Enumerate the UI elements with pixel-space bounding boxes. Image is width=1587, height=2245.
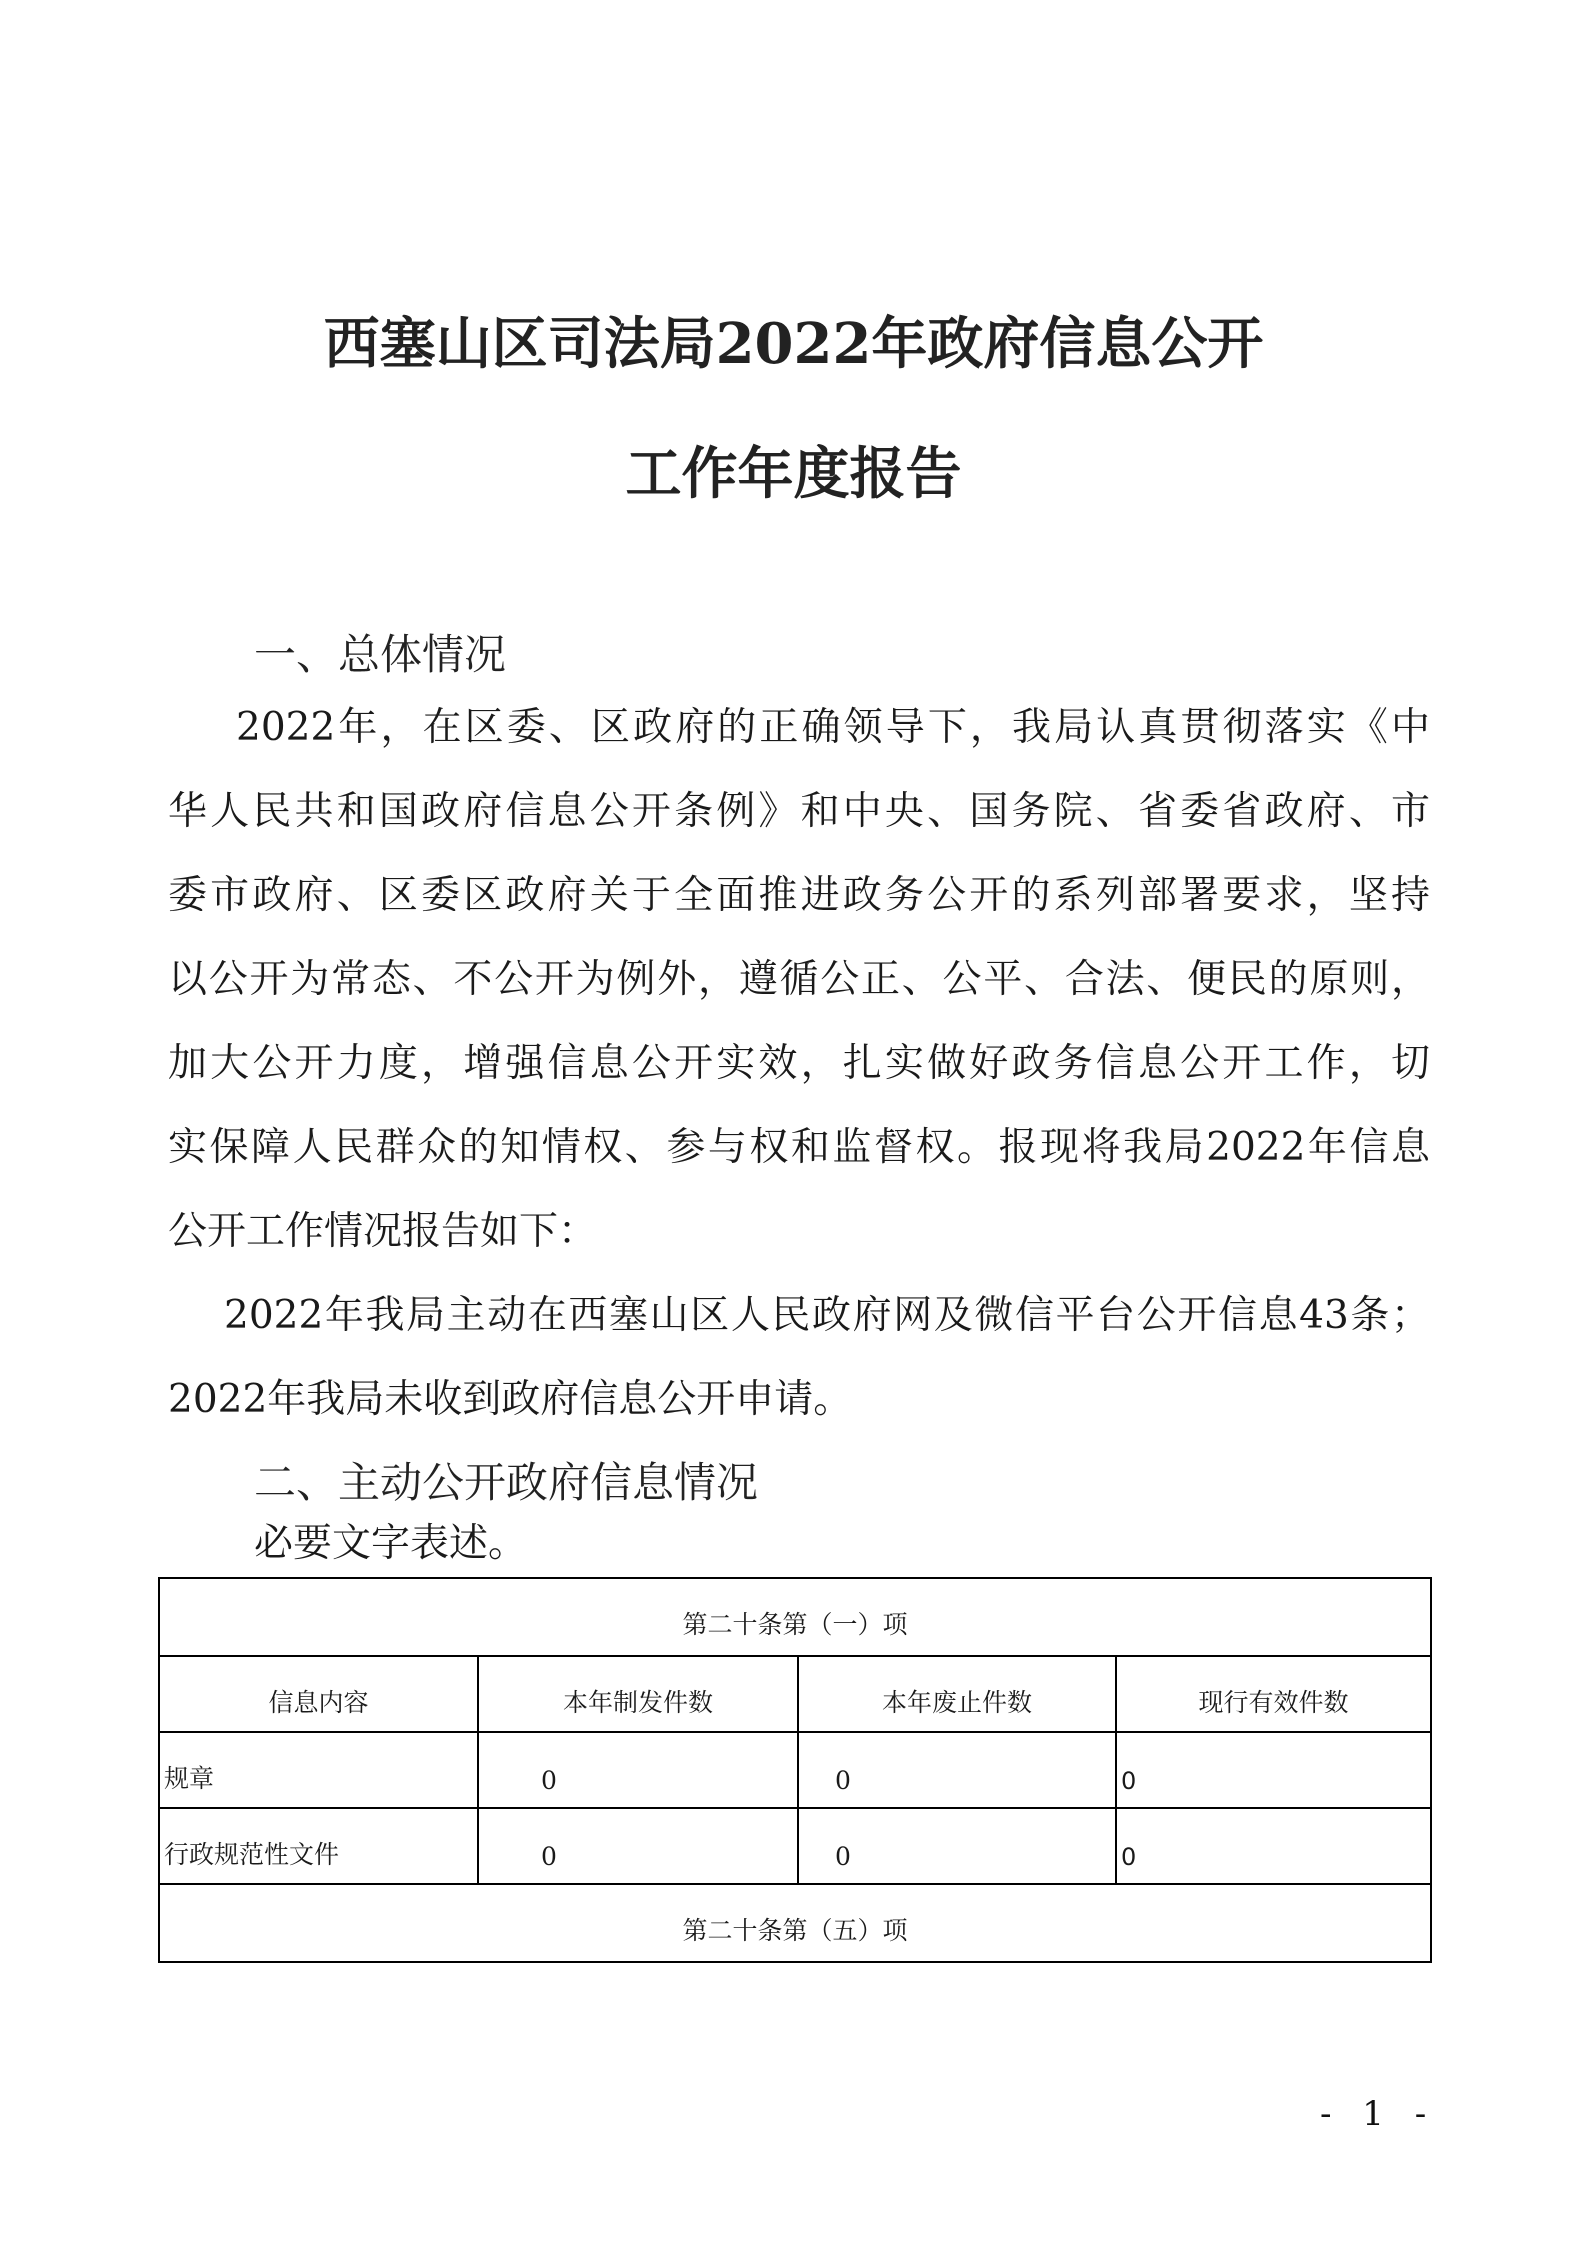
table-row: 行政规范性文件 0 0 0 [159, 1808, 1431, 1884]
overview-paragraph-1: 2022年，在区委、区政府的正确领导下，我局认真贯彻落实《中 华人民共和国政府信… [168, 686, 1430, 1274]
cell-issued: 0 [478, 1732, 798, 1808]
cell-valid: 0 [1116, 1732, 1431, 1808]
page-number: - 1 - [1320, 2094, 1436, 2134]
row-label: 规章 [159, 1732, 478, 1808]
section-note: 必要文字表述。 [254, 1512, 527, 1568]
paragraph-line: 华人民共和国政府信息公开条例》和中央、国务院、省委省政府、市 [168, 770, 1430, 854]
table-section-row: 第二十条第（一）项 [159, 1578, 1431, 1656]
cell-issued: 0 [478, 1808, 798, 1884]
column-header: 现行有效件数 [1116, 1656, 1431, 1732]
table-header-row: 信息内容 本年制发件数 本年废止件数 现行有效件数 [159, 1656, 1431, 1732]
cell-abolished: 0 [798, 1732, 1116, 1808]
section-heading-proactive-disclosure: 二、主动公开政府信息情况 [254, 1450, 758, 1510]
paragraph-line: 2022年我局未收到政府信息公开申请。 [168, 1358, 1430, 1442]
table-section-title-5: 第二十条第（五）项 [159, 1884, 1431, 1962]
table-section-row: 第二十条第（五）项 [159, 1884, 1431, 1962]
column-header: 信息内容 [159, 1656, 478, 1732]
disclosure-table: 第二十条第（一）项 信息内容 本年制发件数 本年废止件数 现行有效件数 规章 0… [158, 1577, 1432, 1963]
section-heading-overview: 一、总体情况 [254, 622, 506, 682]
paragraph-line: 2022年，在区委、区政府的正确领导下，我局认真贯彻落实《中 [168, 686, 1430, 770]
cell-abolished: 0 [798, 1808, 1116, 1884]
overview-paragraph-2: 2022年我局主动在西塞山区人民政府网及微信平台公开信息43条； 2022年我局… [168, 1274, 1430, 1442]
paragraph-line: 加大公开力度，增强信息公开实效，扎实做好政务信息公开工作，切 [168, 1022, 1430, 1106]
document-title-line-1: 西塞山区司法局2022年政府信息公开 [0, 300, 1587, 380]
document-title-line-2: 工作年度报告 [0, 430, 1587, 510]
column-header: 本年废止件数 [798, 1656, 1116, 1732]
table-row: 规章 0 0 0 [159, 1732, 1431, 1808]
paragraph-line: 委市政府、区委区政府关于全面推进政务公开的系列部署要求，坚持 [168, 854, 1430, 938]
table-section-title-1: 第二十条第（一）项 [159, 1578, 1431, 1656]
paragraph-line: 公开工作情况报告如下： [168, 1190, 1430, 1274]
column-header: 本年制发件数 [478, 1656, 798, 1732]
row-label: 行政规范性文件 [159, 1808, 478, 1884]
paragraph-line: 2022年我局主动在西塞山区人民政府网及微信平台公开信息43条； [168, 1274, 1430, 1358]
paragraph-line: 以公开为常态、不公开为例外，遵循公正、公平、合法、便民的原则， [168, 938, 1430, 1022]
paragraph-line: 实保障人民群众的知情权、参与权和监督权。报现将我局2022年信息 [168, 1106, 1430, 1190]
document-page: 西塞山区司法局2022年政府信息公开 工作年度报告 一、总体情况 2022年，在… [0, 0, 1587, 2245]
cell-valid: 0 [1116, 1808, 1431, 1884]
